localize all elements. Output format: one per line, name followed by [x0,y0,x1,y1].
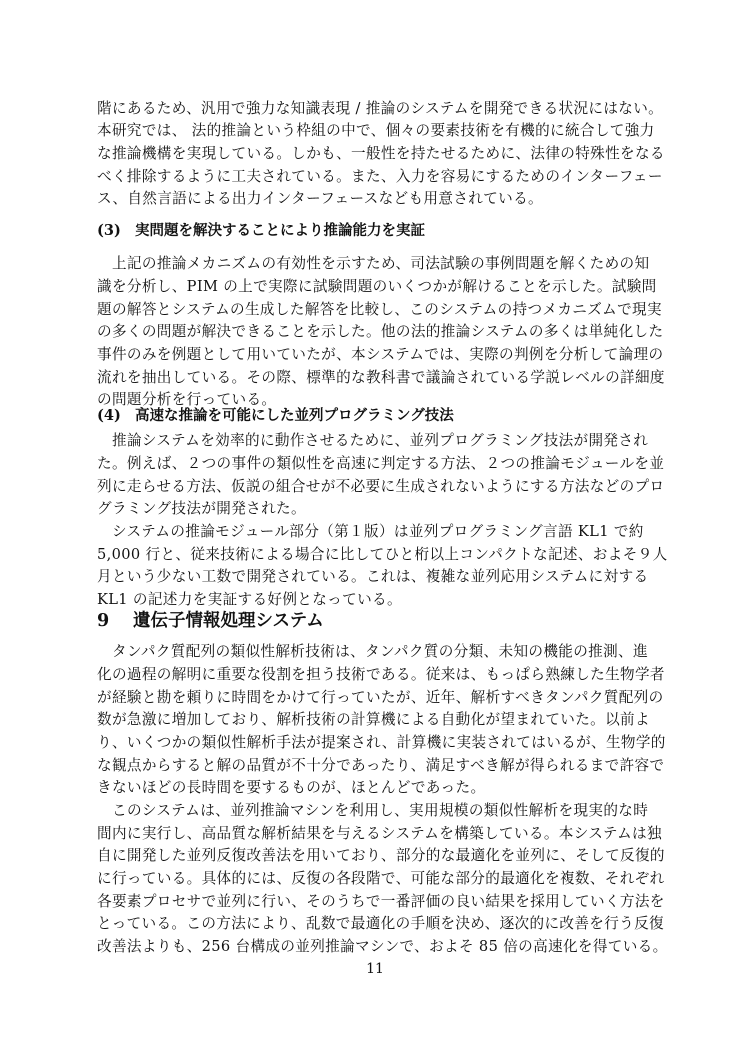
text-line: 階にあるため、汎用で強力な知識表現 / 推論のシステムを開発できる状況にはない。 [97,98,653,120]
text-line: 事件のみを例題として用いていたが、本システムでは、実際の判例を分析して論理の [97,344,653,366]
section-3-heading: (3)実問題を解決することにより推論能力を実証 [97,220,425,242]
text-line: 本研究では、 法的推論という枠組の中で、個々の要素技術を有機的に統合して強力 [97,120,653,142]
text-line: きないほどの長時間を要するものが、ほとんどであった。 [97,777,653,799]
section-number: 9 [97,608,133,634]
text-line: 間内に実行し、高品質な解析結果を与えるシステムを構築している。本システムは独 [97,823,653,845]
text-line: 上記の推論メカニズムの有効性を示すため、司法試験の事例問題を解くための知 [97,253,668,275]
document-page: 階にあるため、汎用で強力な知識表現 / 推論のシステムを開発できる状況にはない。… [0,0,750,1054]
text-line: グラミング技法が開発された。 [97,498,653,520]
section-title: 実問題を解決することにより推論能力を実証 [135,223,425,239]
text-line: 月という少ない工数で開発されている。これは、複雑な並列応用システムに対する [97,566,653,588]
text-line: 5,000 行と、従来技術による場合に比してひと桁以上コンパクトな記述、およそ９… [97,544,653,566]
text-line: 数が急激に増加しており、解析技術の計算機による自動化が望まれていた。以前よ [97,709,653,731]
text-line: べく排除するように工夫されている。また、入力を容易にするためのインターフェー [97,166,653,188]
text-line: 題の解答とシステムの生成した解答を比較し、このシステムの持つメカニズムで現実 [97,299,653,321]
text-line: とっている。この方法により、乱数で最適化の手順を決め、逐次的に改善を行う反復 [97,913,653,935]
text-line: このシステムは、並列推論マシンを利用し、実用規模の類似性解析を現実的な時 [97,800,668,822]
section-number: (4) [97,405,135,427]
text-line: り、いくつかの類似性解析手法が提案され、計算機に実装されてはいるが、生物学的 [97,732,653,754]
text-line: 推論システムを効率的に動作させるために、並列プログラミング技法が開発され [97,430,668,452]
text-line: 化の過程の解明に重要な役割を担う技術である。従来は、もっぱら熟練した生物学者 [97,664,653,686]
section-4-heading: (4)高速な推論を可能にした並列プログラミング技法 [97,405,454,427]
text-line: 流れを抽出している。その際、標準的な教科書で議論されている学説レベルの詳細度 [97,367,653,389]
text-line: に行っている。具体的には、反復の各段階で、可能な部分的最適化を複数、それぞれ [97,868,653,890]
section-title: 高速な推論を可能にした並列プログラミング技法 [135,408,454,424]
text-line: の多くの問題が解決できることを示した。他の法的推論システムの多くは単純化した [97,321,653,343]
text-line: 自に開発した並列反復改善法を用いており、部分的な最適化を並列に、そして反復的 [97,845,653,867]
page-number: 11 [350,961,400,977]
text-line: 各要素プロセサで並列に行い、そのうちで一番評価の良い結果を採用していく方法を [97,891,653,913]
text-line: 改善法よりも、256 台構成の並列推論マシンで、およそ 85 倍の高速化を得てい… [97,936,653,958]
text-line: が経験と勘を頼りに時間をかけて行っていたが、近年、解析すべきタンパク質配列の [97,687,653,709]
section-number: (3) [97,220,135,242]
text-line: な推論機構を実現している。しかも、一般性を持たせるために、法律の特殊性をなる [97,143,653,165]
text-line: 識を分析し、PIM の上で実際に試験問題のいくつかが解けることを示した。試験問 [97,276,653,298]
text-line: た。例えば、２つの事件の類似性を高速に判定する方法、２つの推論モジュールを並 [97,453,653,475]
text-line: な観点からすると解の品質が不十分であったり、満足すべき解が得られるまで許容で [97,755,653,777]
text-line: 列に走らせる方法、仮説の組合せが不必要に生成されないようにする方法などのプロ [97,476,653,498]
section-9-heading: 9遺伝子情報処理システム [97,608,324,634]
text-line: システムの推論モジュール部分（第１版）は並列プログラミング言語 KL1 で約 [97,521,668,543]
text-line: ス、自然言語による出力インターフェースなども用意されている。 [97,188,653,210]
section-title: 遺伝子情報処理システム [133,611,324,631]
text-line: タンパク質配列の類似性解析技術は、タンパク質の分類、未知の機能の推測、進 [97,641,668,663]
